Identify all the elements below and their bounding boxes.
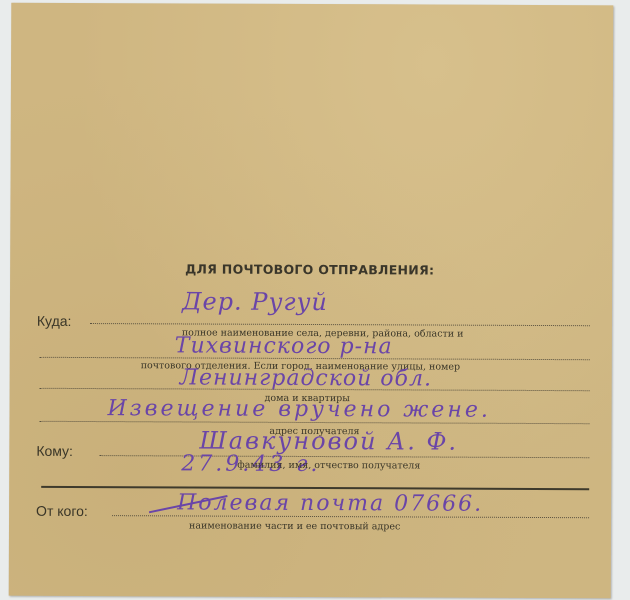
postal-form: ДЛЯ ПОЧТОВОГО ОТПРАВЛЕНИЯ: Куда: Дер. Ру… (9, 3, 614, 599)
caption-line-6: наименование части и ее почтовый адрес (189, 520, 400, 532)
from-label: От кого: (36, 503, 88, 519)
to-line-2 (40, 357, 590, 360)
recipient-line (99, 455, 589, 458)
from-line (112, 515, 589, 518)
to-line-1 (90, 323, 590, 326)
address-line-2: Тихвинского р-на (175, 333, 393, 359)
recipient-label: Кому: (36, 443, 73, 459)
to-line-4 (39, 421, 589, 424)
separator-rule (41, 486, 589, 490)
to-label: Куда: (37, 313, 72, 329)
caption-line-5: фамилия, имя, отчество получателя (237, 460, 420, 472)
sender-field-post: Полевая почта 07666. (177, 490, 483, 516)
form-heading: ДЛЯ ПОЧТОВОГО ОТПРАВЛЕНИЯ: (185, 261, 434, 277)
address-line-1: Дер. Ругуй (182, 287, 328, 316)
delivery-note: Извещение вручено жене. (107, 396, 490, 423)
